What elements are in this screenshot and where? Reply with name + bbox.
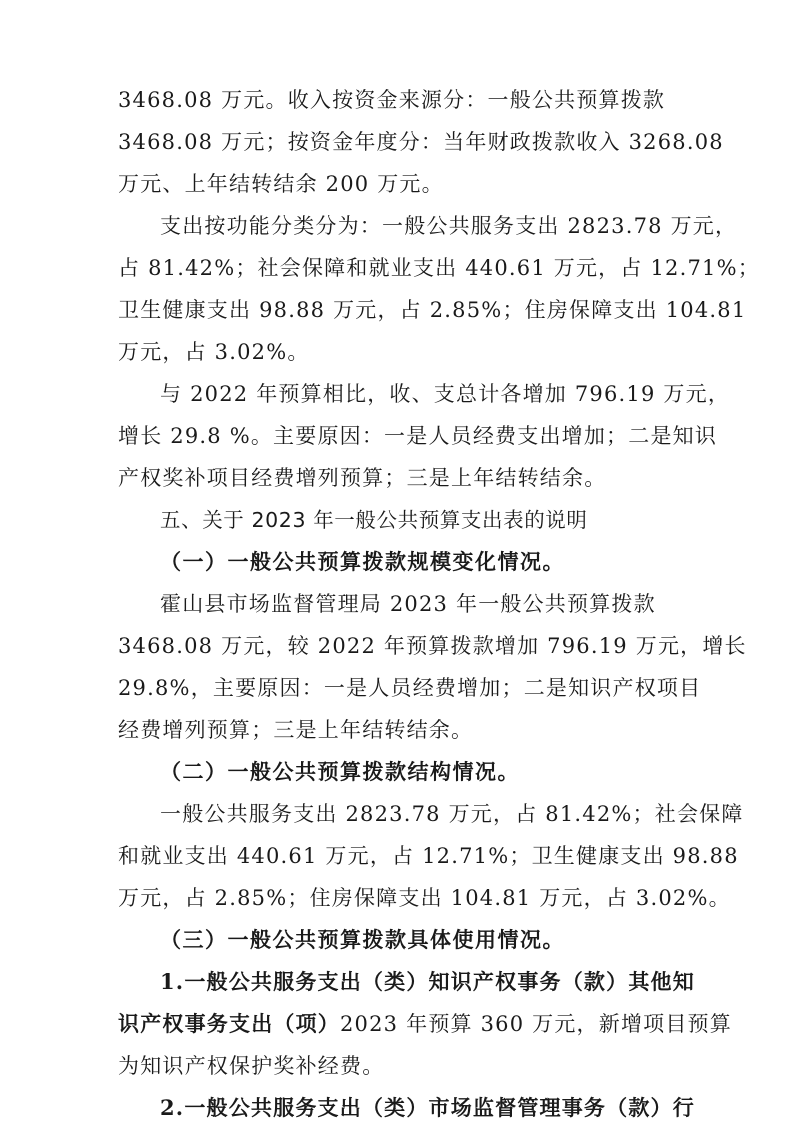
item-bold-text: 识产权事务支出（项） [118,1011,340,1036]
text-line: 3468.08 万元。收入按资金来源分：一般公共预算拨款 [118,86,678,114]
item-line: 识产权事务支出（项）2023 年预算 360 万元，新增项目预算 [118,1010,678,1038]
subsection-heading: （三）一般公共预算拨款具体使用情况。 [160,926,720,954]
text-line: 3468.08 万元，较 2022 年预算拨款增加 796.19 万元，增长 [118,632,678,660]
item-line: 为知识产权保护奖补经费。 [118,1052,678,1080]
text-line: 29.8%，主要原因：一是人员经费增加；二是知识产权项目 [118,674,678,702]
text-line: 经费增列预算；三是上年结转结余。 [118,716,678,744]
text-line: 支出按功能分类分为：一般公共服务支出 2823.78 万元， [160,212,720,240]
document-page: 3468.08 万元。收入按资金来源分：一般公共预算拨款 3468.08 万元；… [0,0,793,1122]
text-line: 增长 29.8 %。主要原因：一是人员经费支出增加；二是知识 [118,422,678,450]
text-line: 万元，占 3.02%。 [118,338,678,366]
text-line: 卫生健康支出 98.88 万元，占 2.85%；住房保障支出 104.81 [118,296,678,324]
text-line: 和就业支出 440.61 万元，占 12.71%；卫生健康支出 98.88 [118,842,678,870]
text-line: 霍山县市场监督管理局 2023 年一般公共预算拨款 [160,590,720,618]
text-line: 万元，占 2.85%；住房保障支出 104.81 万元，占 3.02%。 [118,884,678,912]
item-text: 2023 年预算 360 万元，新增项目预算 [340,1012,732,1036]
section-heading: 五、关于 2023 年一般公共预算支出表的说明 [160,506,720,534]
text-line: 3468.08 万元；按资金年度分：当年财政拨款收入 3268.08 [118,128,678,156]
text-line: 产权奖补项目经费增列预算；三是上年结转结余。 [118,464,678,492]
item-line: 2.一般公共服务支出（类）市场监督管理事务（款）行 [160,1094,720,1122]
text-line: 万元、上年结转结余 200 万元。 [118,170,678,198]
text-line: 占 81.42%；社会保障和就业支出 440.61 万元，占 12.71%； [118,254,678,282]
item-line: 1.一般公共服务支出（类）知识产权事务（款）其他知 [160,968,720,996]
text-line: 一般公共服务支出 2823.78 万元，占 81.42%；社会保障 [160,800,720,828]
subsection-heading: （二）一般公共预算拨款结构情况。 [160,758,720,786]
text-line: 与 2022 年预算相比，收、支总计各增加 796.19 万元， [160,380,720,408]
subsection-heading: （一）一般公共预算拨款规模变化情况。 [160,548,720,576]
